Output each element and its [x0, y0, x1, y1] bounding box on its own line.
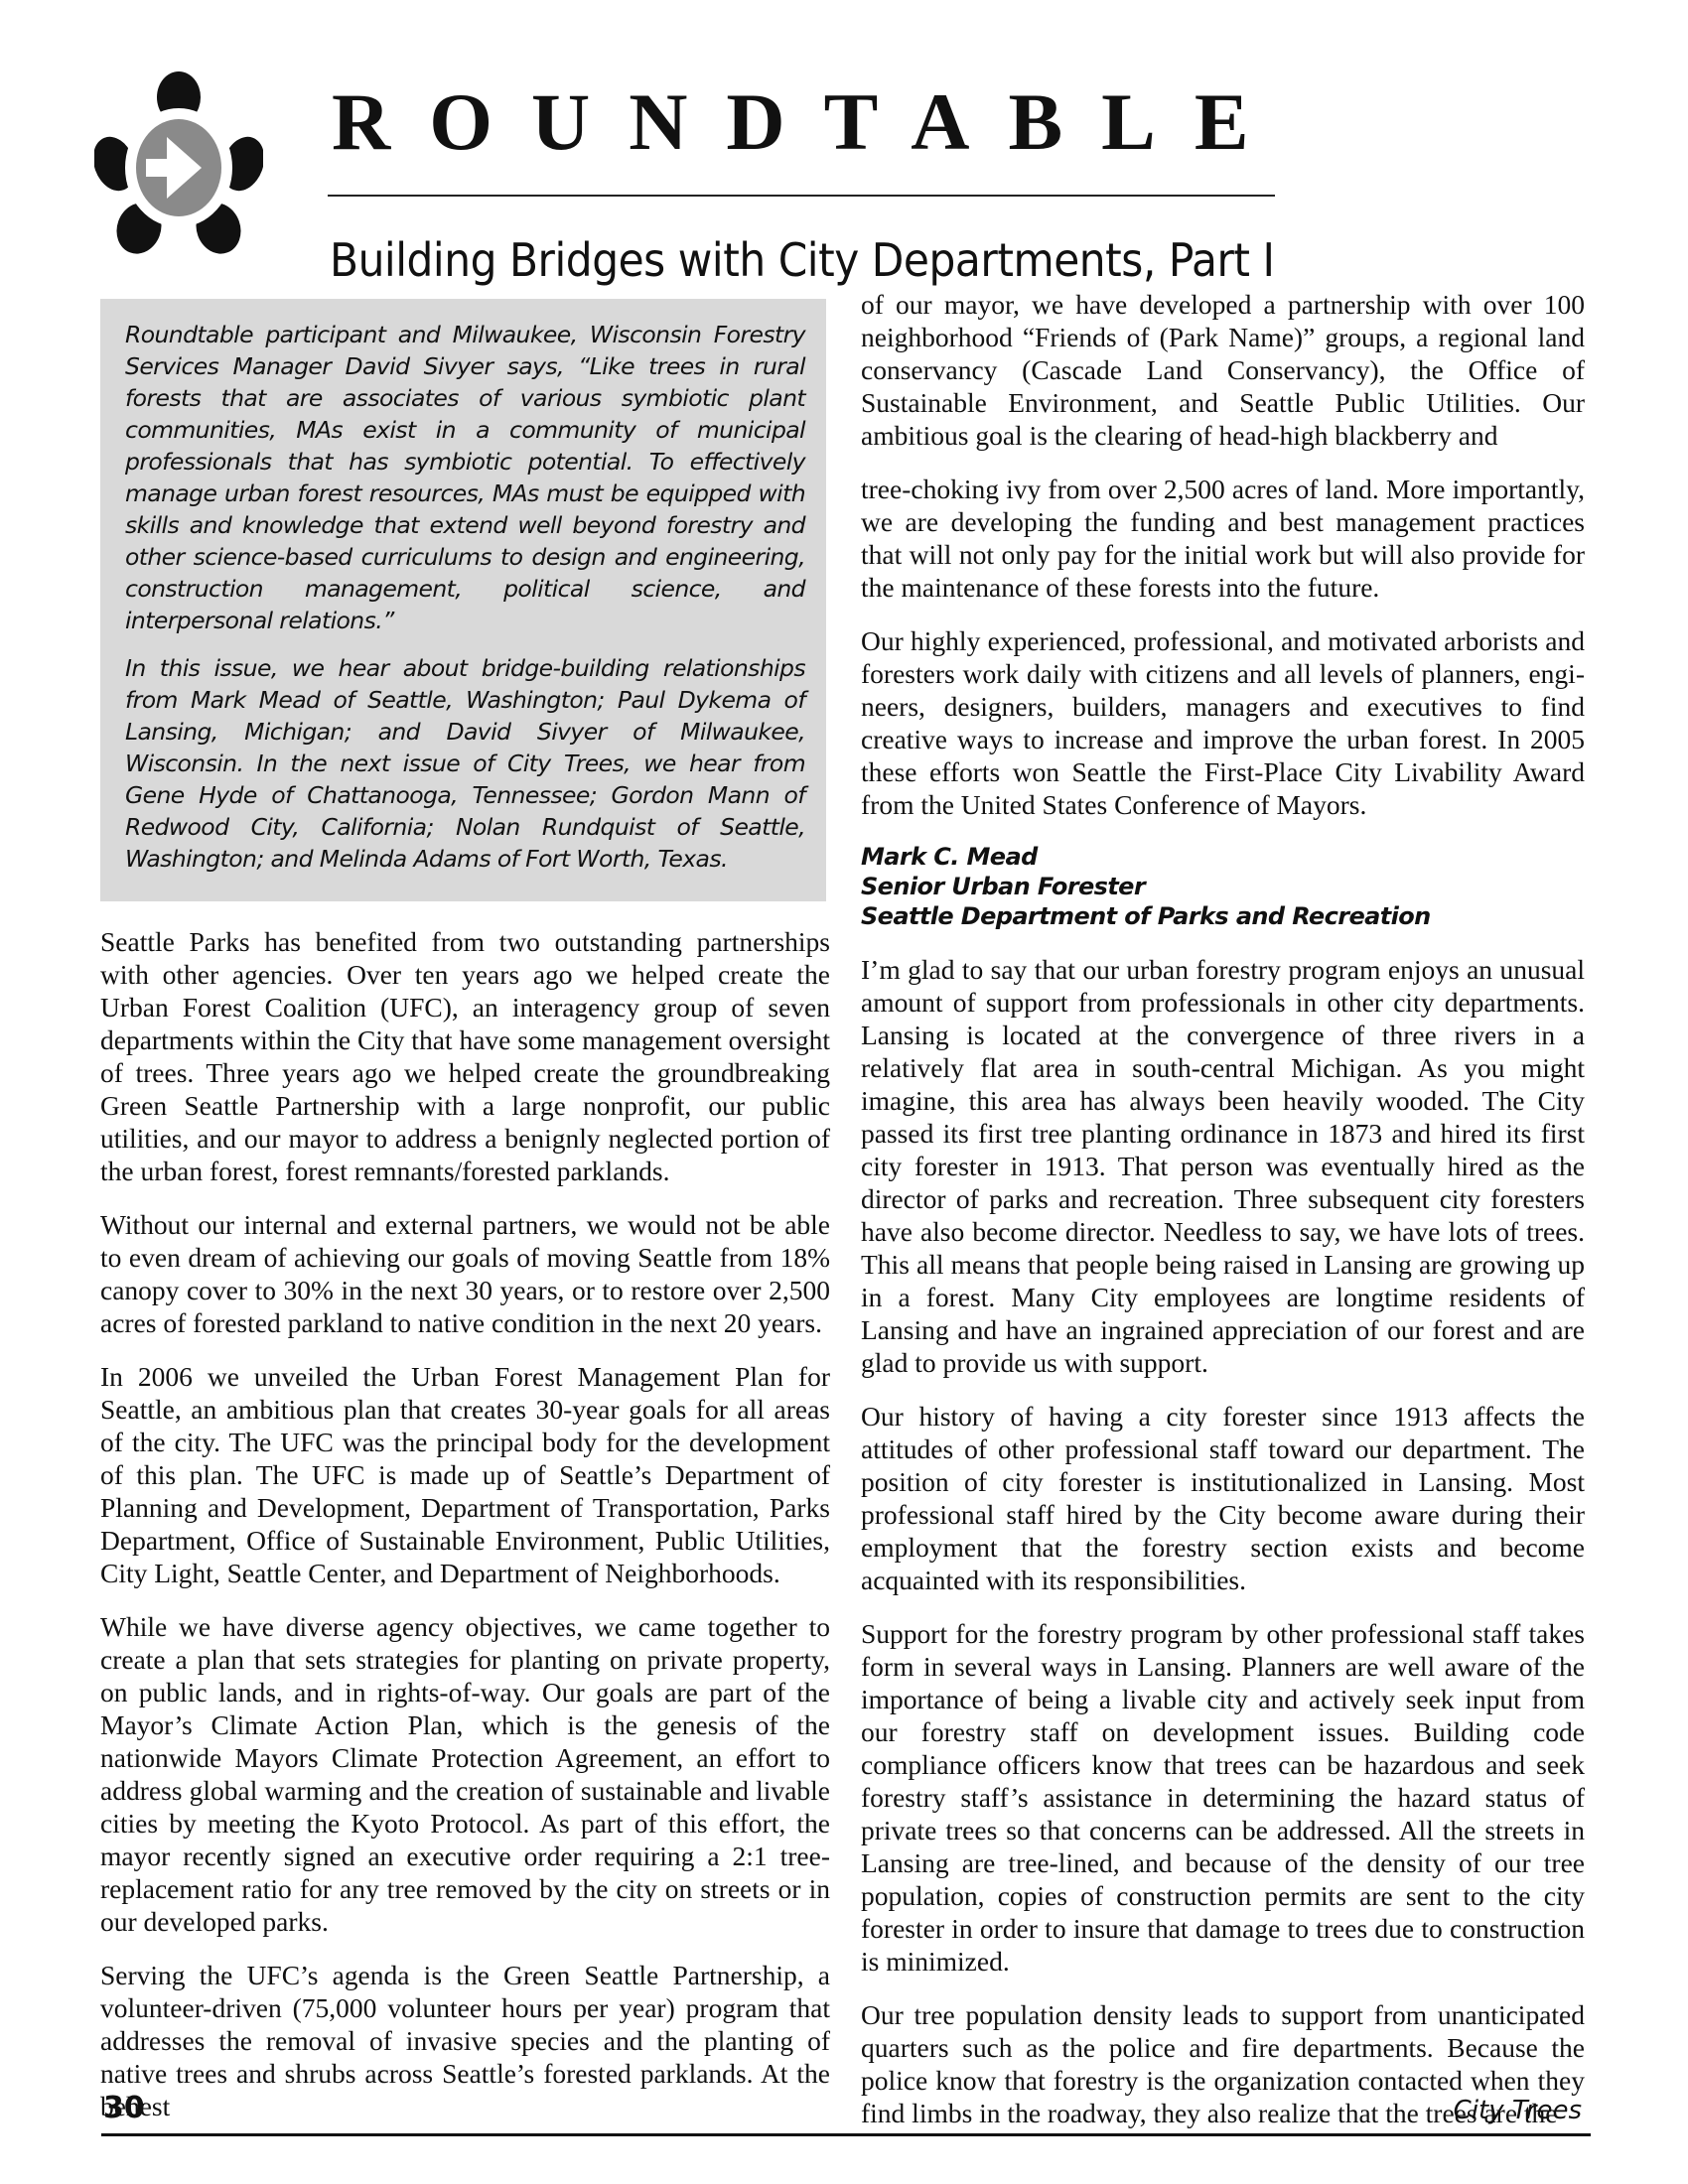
body-paragraph: While we have diverse agency objectives,…: [100, 1610, 830, 1938]
article-column-left: Seattle Parks has benefited from two out…: [100, 925, 830, 2143]
intro-paragraph: Roundtable participant and Milwaukee, Wi…: [125, 319, 805, 636]
page-number: 30: [103, 2091, 145, 2126]
body-paragraph: Our history of having a city forester si…: [861, 1400, 1585, 1596]
roundtable-arrow-logo-icon: [94, 69, 263, 258]
publication-name: City Trees: [1454, 2095, 1582, 2126]
intro-paragraph: In this issue, we hear about bridge-buil…: [125, 652, 805, 875]
intro-callout-box: Roundtable participant and Milwaukee, Wi…: [100, 299, 826, 901]
body-paragraph: Support for the forestry program by othe…: [861, 1617, 1585, 1978]
body-paragraph: I’m glad to say that our urban forestry …: [861, 953, 1585, 1379]
body-paragraph: In 2006 we unveiled the Urban Forest Man…: [100, 1360, 830, 1589]
section-title: ROUNDTABLE: [332, 77, 1288, 167]
body-paragraph: Seattle Parks has benefited from two out…: [100, 925, 830, 1187]
author-organization: Seattle Department of Parks and Recreati…: [861, 901, 1585, 931]
body-paragraph: Our highly experienced, professional, an…: [861, 624, 1585, 821]
author-signature: Mark C. Mead Senior Urban Forester Seatt…: [861, 842, 1585, 931]
title-divider: [328, 195, 1275, 197]
body-paragraph: of our mayor, we have developed a partne…: [861, 288, 1585, 452]
body-paragraph: tree-choking ivy from over 2,500 acres o…: [861, 473, 1585, 604]
body-paragraph: Without our internal and external partne…: [100, 1208, 830, 1339]
author-title: Senior Urban Forester: [861, 872, 1585, 901]
article-column-right: of our mayor, we have developed a partne…: [861, 288, 1585, 2150]
body-paragraph: Serving the UFC’s agenda is the Green Se…: [100, 1959, 830, 2122]
footer-divider: [101, 2133, 1591, 2136]
article-subtitle: Building Bridges with City Departments, …: [330, 230, 1275, 290]
author-name: Mark C. Mead: [861, 842, 1585, 872]
